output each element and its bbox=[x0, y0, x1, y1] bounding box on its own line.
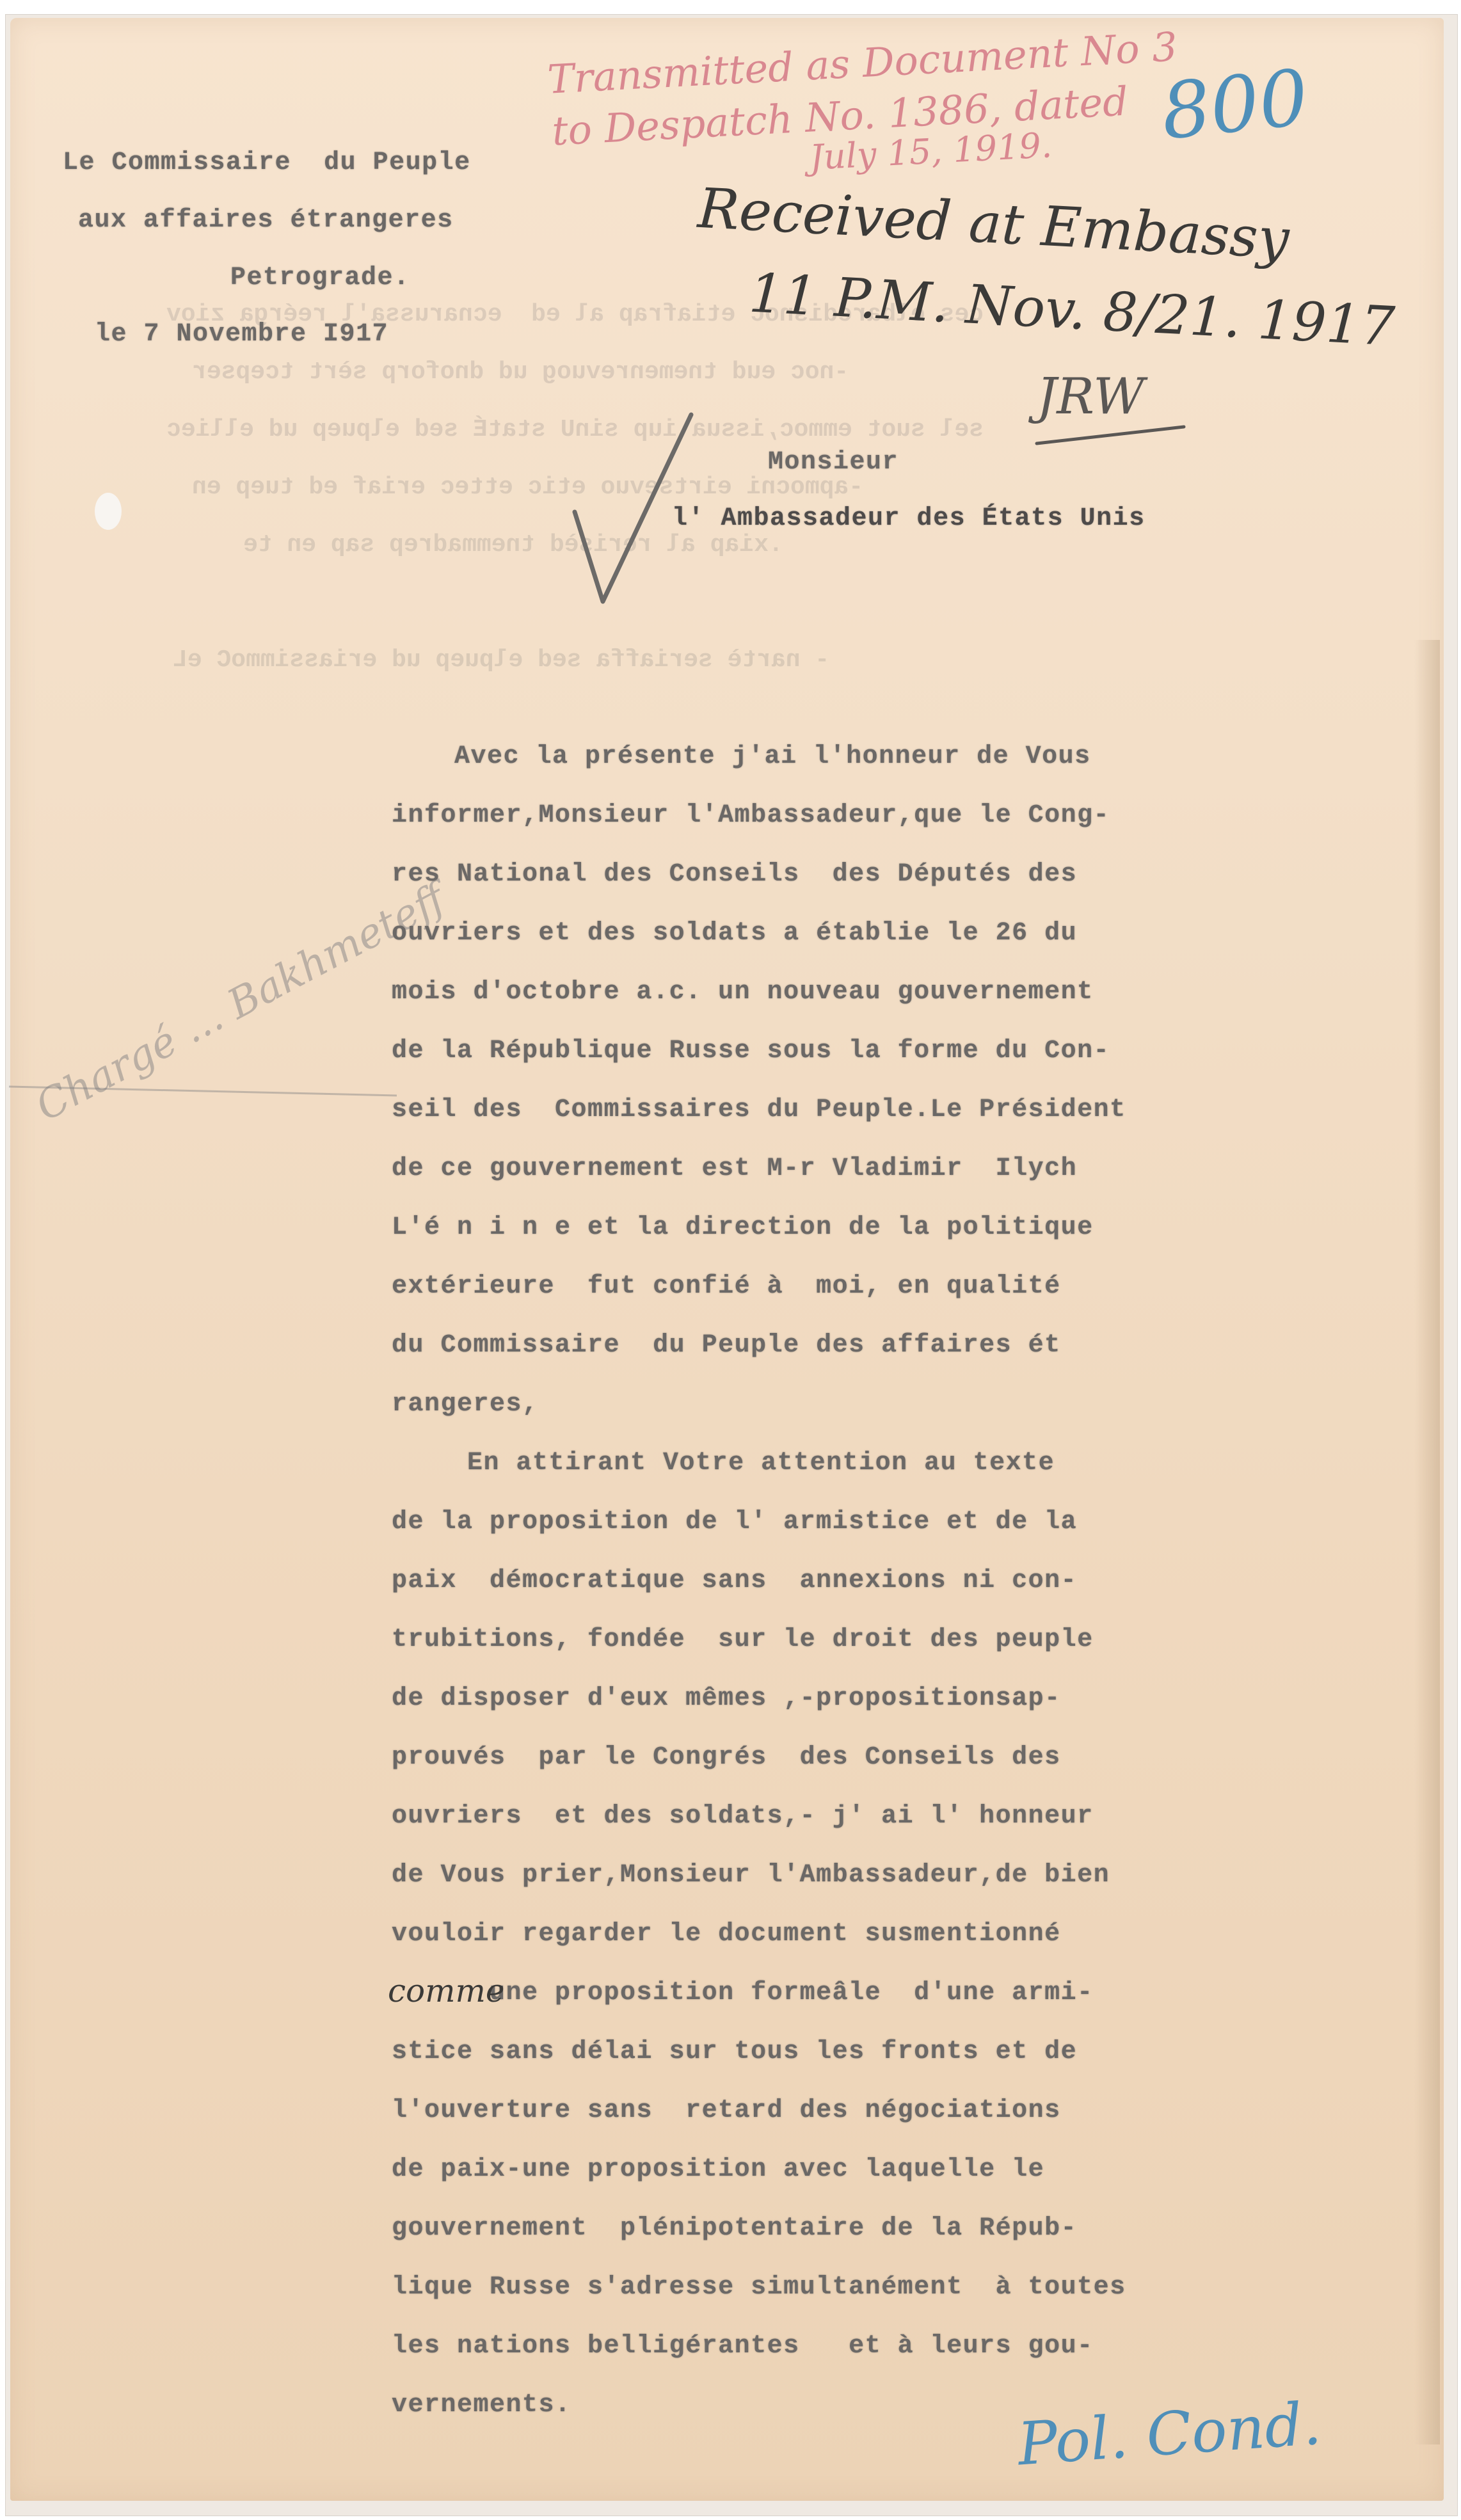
letterhead-date: le 7 Novembre I917 bbox=[95, 320, 388, 349]
body-line: stice sans délai sur tous les fronts et … bbox=[392, 2038, 1077, 2066]
body-line: lique Russe s'adresse simultanément à to… bbox=[392, 2273, 1126, 2302]
body-line: trubitions, fondée sur le droit des peup… bbox=[392, 1625, 1094, 1654]
file-number: 800 bbox=[1157, 53, 1312, 157]
body-line: seil des Commissaires du Peuple.Le Prési… bbox=[392, 1096, 1126, 1124]
body-line: vernements. bbox=[392, 2391, 571, 2420]
body-line: gouvernement plénipotentaire de la Répub… bbox=[392, 2214, 1077, 2243]
body-line: informer,Monsieur l'Ambassadeur,que le C… bbox=[392, 801, 1110, 830]
body-line: En attirant Votre attention au texte bbox=[467, 1449, 1055, 1478]
body-line: extérieure fut confié à moi, en qualité bbox=[392, 1272, 1061, 1301]
pencil-underline bbox=[6, 1081, 403, 1101]
letterhead-city: Petrograde. bbox=[230, 264, 410, 292]
body-line: de paix-une proposition avec laquelle le bbox=[392, 2155, 1044, 2184]
body-line: vouloir regarder le document susmentionn… bbox=[392, 1920, 1061, 1949]
body-line: de disposer d'eux mêmes ,-propositionsap… bbox=[392, 1684, 1061, 1713]
body-line: de Vous prier,Monsieur l'Ambassadeur,de … bbox=[392, 1861, 1110, 1890]
body-line: Avec la présente j'ai l'honneur de Vous bbox=[454, 742, 1091, 771]
initials-signature: JRW bbox=[1037, 368, 1144, 426]
body-line: du Commissaire du Peuple des affaires ét bbox=[392, 1331, 1061, 1360]
body-line: rangeres, bbox=[392, 1390, 539, 1419]
signature-underline bbox=[1034, 419, 1187, 451]
body-line: L'é n i n e et la direction de la politi… bbox=[392, 1213, 1094, 1242]
letterhead-line2: aux affaires étrangeres bbox=[78, 206, 454, 235]
body-line: prouvés par le Congrés des Conseils des bbox=[392, 1743, 1061, 1772]
body-line: l'ouverture sans retard des négociations bbox=[392, 2096, 1061, 2125]
body-line: les nations belligérantes et à leurs gou… bbox=[392, 2332, 1094, 2361]
body-line: de la proposition de l' armistice et de … bbox=[392, 1508, 1077, 1536]
addressee-title: l' Ambassadeur des États Unis bbox=[672, 504, 1146, 533]
body-line: res National des Conseils des Députés de… bbox=[392, 860, 1077, 889]
bleed-through-text: - nartè seriaffa sed elpuep ud eriassimm… bbox=[173, 646, 829, 674]
body-line: mois d'octobre a.c. un nouveau gouvernem… bbox=[392, 978, 1094, 1007]
body-line: de la République Russe sous la forme du … bbox=[392, 1037, 1110, 1065]
body-line: ouvriers et des soldats,- j' ai l' honne… bbox=[392, 1802, 1094, 1831]
body-line: de ce gouvernement est M-r Vladimir Ilyc… bbox=[392, 1154, 1077, 1183]
body-line: ouvriers et des soldats a établie le 26 … bbox=[392, 919, 1077, 948]
bleed-through-text: -noc eud tnemenrevuog ud dnoforp sèrt tc… bbox=[192, 358, 849, 386]
page-edge-shadow bbox=[1414, 640, 1440, 2444]
document-page bbox=[10, 18, 1444, 2501]
body-line: paix démocratique sans annexions ni con- bbox=[392, 1567, 1077, 1595]
bleed-through-text: .xiap al rerisèd tnemmadrep sap en te bbox=[243, 531, 783, 559]
salutation: Monsieur bbox=[768, 448, 898, 477]
bleed-through-text: -apmocni eirtsevuo etic ettec eriaf ed t… bbox=[192, 474, 863, 501]
handwritten-correction: comme bbox=[388, 1972, 505, 2009]
punch-hole bbox=[95, 493, 122, 530]
letterhead-line1: Le Commissaire du Peuple bbox=[63, 148, 471, 177]
